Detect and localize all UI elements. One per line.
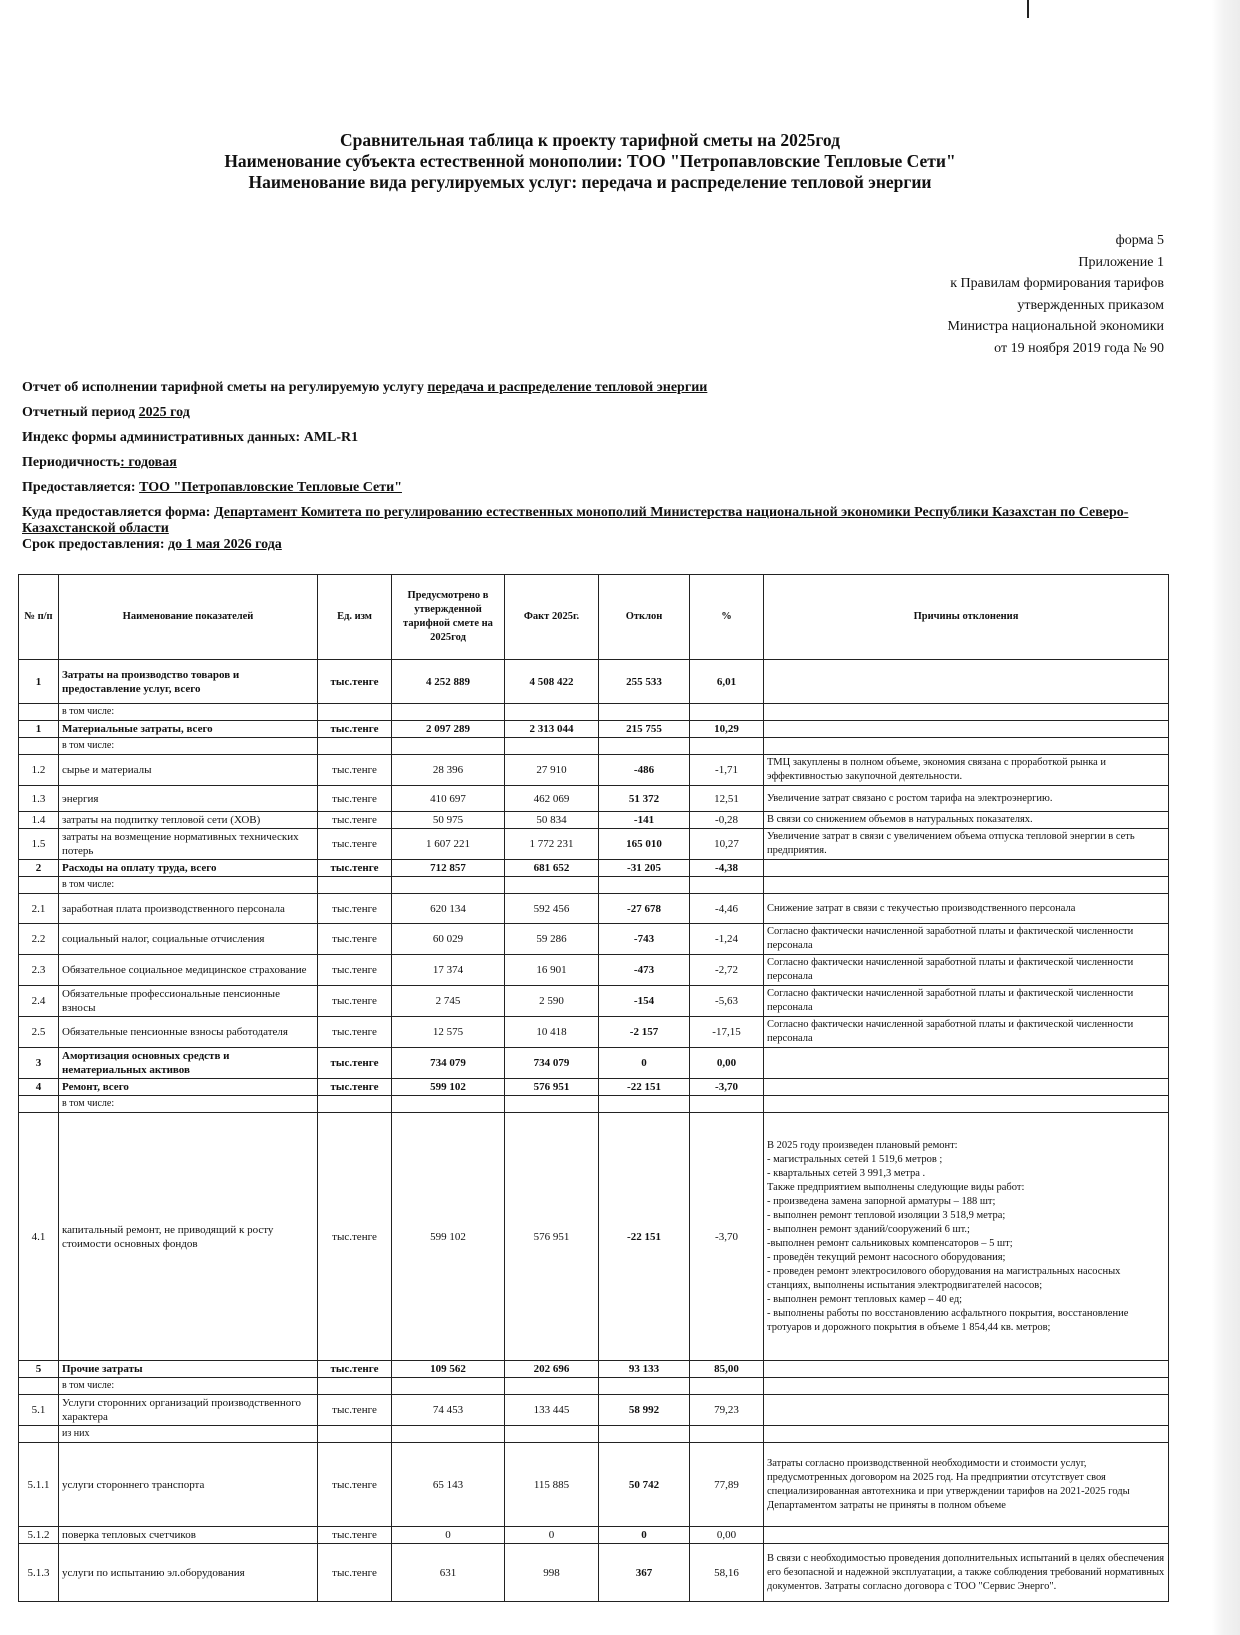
table-row: 5.1Услуги сторонних организаций производ… [19, 1395, 1169, 1426]
cell-planned [392, 1378, 505, 1395]
cell-reason: Согласно фактически начисленной заработн… [764, 1017, 1169, 1048]
cell-percent: 85,00 [690, 1361, 764, 1378]
cell-deviation: 50 742 [599, 1443, 690, 1527]
cell-unit: тыс.тенге [318, 829, 392, 860]
cell-fact [505, 704, 599, 721]
cell-no [19, 1096, 59, 1113]
cell-fact [505, 877, 599, 894]
cell-deviation [599, 704, 690, 721]
cell-name: Расходы на оплату труда, всего [59, 860, 318, 877]
cell-name: Амортизация основных средств и нематериа… [59, 1048, 318, 1079]
col-header-fact: Факт 2025г. [505, 575, 599, 660]
cell-unit: тыс.тенге [318, 1079, 392, 1096]
cell-reason [764, 1361, 1169, 1378]
deadline-value: до 1 мая 2026 года [168, 537, 282, 552]
cell-name: затраты на возмещение нормативных технич… [59, 829, 318, 860]
cell-deviation: 0 [599, 1048, 690, 1079]
cell-name: Ремонт, всего [59, 1079, 318, 1096]
cell-no: 2.1 [19, 894, 59, 924]
col-header-name: Наименование показателей [59, 575, 318, 660]
table-row: 2Расходы на оплату труда, всеготыс.тенге… [19, 860, 1169, 877]
cell-reason: Снижение затрат в связи с текучестью про… [764, 894, 1169, 924]
cell-percent: 6,01 [690, 660, 764, 704]
cell-percent: -4,38 [690, 860, 764, 877]
cell-unit: тыс.тенге [318, 1361, 392, 1378]
cell-fact: 27 910 [505, 755, 599, 786]
cell-deviation: 165 010 [599, 829, 690, 860]
cell-planned: 4 252 889 [392, 660, 505, 704]
cell-percent: -2,72 [690, 955, 764, 986]
tariff-comparison-table: № п/п Наименование показателей Ед. изм П… [18, 574, 1169, 1602]
cell-fact: 133 445 [505, 1395, 599, 1426]
table-subheader-row: в том числе: [19, 1378, 1169, 1395]
form-index-line: Индекс формы административных данных: AM… [22, 430, 1132, 446]
cell-name: в том числе: [59, 704, 318, 721]
cell-name: затраты на подпитку тепловой сети (ХОВ) [59, 812, 318, 829]
cell-deviation: 367 [599, 1544, 690, 1602]
table-row: 2.3Обязательное социальное медицинское с… [19, 955, 1169, 986]
cell-deviation: -473 [599, 955, 690, 986]
cell-reason [764, 738, 1169, 755]
report-period-line: Отчетный период 2025 год [22, 405, 1132, 421]
appendix-number: Приложение 1 [948, 252, 1165, 274]
cell-no [19, 877, 59, 894]
table-row: 1Материальные затраты, всеготыс.тенге2 0… [19, 721, 1169, 738]
cell-reason [764, 1395, 1169, 1426]
cell-no [19, 738, 59, 755]
deadline-line: Срок предоставления: до 1 мая 2026 года [22, 537, 1132, 553]
cell-name: сырье и материалы [59, 755, 318, 786]
cell-name: Услуги сторонних организаций производств… [59, 1395, 318, 1426]
cell-fact: 4 508 422 [505, 660, 599, 704]
form-reference: форма 5 Приложение 1 к Правилам формиров… [948, 230, 1165, 359]
cell-fact [505, 1378, 599, 1395]
cell-planned: 12 575 [392, 1017, 505, 1048]
cell-reason [764, 860, 1169, 877]
table-subheader-row: в том числе: [19, 877, 1169, 894]
cell-unit: тыс.тенге [318, 955, 392, 986]
cell-reason [764, 721, 1169, 738]
cell-deviation: -2 157 [599, 1017, 690, 1048]
cell-no: 2.5 [19, 1017, 59, 1048]
cell-deviation [599, 877, 690, 894]
cell-unit: тыс.тенге [318, 755, 392, 786]
cell-fact: 2 313 044 [505, 721, 599, 738]
cell-percent [690, 1378, 764, 1395]
cell-name: услуги по испытанию эл.оборудования [59, 1544, 318, 1602]
cell-planned: 410 697 [392, 786, 505, 812]
cell-fact [505, 1096, 599, 1113]
cell-name: Затраты на производство товаров и предос… [59, 660, 318, 704]
cell-no: 2.2 [19, 924, 59, 955]
cell-unit: тыс.тенге [318, 812, 392, 829]
cell-name: капитальный ремонт, не приводящий к рост… [59, 1113, 318, 1361]
cell-fact: 0 [505, 1527, 599, 1544]
table-row: 3Амортизация основных средств и нематери… [19, 1048, 1169, 1079]
cell-name: заработная плата производственного персо… [59, 894, 318, 924]
cell-deviation: -22 151 [599, 1113, 690, 1361]
cell-no: 5.1 [19, 1395, 59, 1426]
col-header-deviation: Отклон [599, 575, 690, 660]
cell-percent: 0,00 [690, 1048, 764, 1079]
cell-deviation: -31 205 [599, 860, 690, 877]
cell-planned [392, 738, 505, 755]
form-number: форма 5 [948, 230, 1165, 252]
provider-line: Предоставляется: ТОО "Петропавловские Те… [22, 480, 1132, 496]
cell-unit: тыс.тенге [318, 1544, 392, 1602]
cell-reason [764, 1096, 1169, 1113]
cell-no: 1.5 [19, 829, 59, 860]
cell-fact: 576 951 [505, 1079, 599, 1096]
table-subheader-row: из них [19, 1426, 1169, 1443]
cell-reason: Увеличение затрат в связи с увеличением … [764, 829, 1169, 860]
cell-no: 1.4 [19, 812, 59, 829]
cell-percent [690, 704, 764, 721]
report-metadata: Отчет об исполнении тарифной сметы на ре… [22, 380, 1132, 562]
cell-name: энергия [59, 786, 318, 812]
scan-artifact-line [1027, 0, 1029, 18]
order-date: от 19 ноября 2019 года № 90 [948, 338, 1165, 360]
cell-percent [690, 738, 764, 755]
cell-planned: 65 143 [392, 1443, 505, 1527]
cell-unit [318, 877, 392, 894]
table-row: 2.5Обязательные пенсионные взносы работо… [19, 1017, 1169, 1048]
cell-deviation [599, 1426, 690, 1443]
cell-unit [318, 1426, 392, 1443]
cell-deviation: -743 [599, 924, 690, 955]
cell-no: 2.4 [19, 986, 59, 1017]
cell-unit [318, 1378, 392, 1395]
cell-unit: тыс.тенге [318, 660, 392, 704]
cell-deviation: 255 533 [599, 660, 690, 704]
cell-planned: 109 562 [392, 1361, 505, 1378]
table-row: 5.1.1услуги стороннего транспортатыс.тен… [19, 1443, 1169, 1527]
cell-fact [505, 1426, 599, 1443]
cell-no: 1.3 [19, 786, 59, 812]
table-row: 4.1капитальный ремонт, не приводящий к р… [19, 1113, 1169, 1361]
cell-percent: 12,51 [690, 786, 764, 812]
cell-planned [392, 1426, 505, 1443]
cell-reason [764, 1079, 1169, 1096]
table-subheader-row: в том числе: [19, 1096, 1169, 1113]
cell-name: в том числе: [59, 738, 318, 755]
cell-unit: тыс.тенге [318, 1113, 392, 1361]
cell-name: поверка тепловых счетчиков [59, 1527, 318, 1544]
rules-reference: к Правилам формирования тарифов [948, 273, 1165, 295]
cell-planned: 620 134 [392, 894, 505, 924]
ministry-reference: Министра национальной экономики [948, 316, 1165, 338]
table-row: 1.2сырье и материалытыс.тенге28 39627 91… [19, 755, 1169, 786]
cell-deviation: -22 151 [599, 1079, 690, 1096]
cell-unit: тыс.тенге [318, 1443, 392, 1527]
cell-name: в том числе: [59, 1096, 318, 1113]
cell-name: в том числе: [59, 877, 318, 894]
table-row: 2.4Обязательные профессиональные пенсион… [19, 986, 1169, 1017]
table-row: 1.5затраты на возмещение нормативных тех… [19, 829, 1169, 860]
cell-deviation: -141 [599, 812, 690, 829]
cell-name: Обязательное социальное медицинское стра… [59, 955, 318, 986]
cell-no: 5.1.3 [19, 1544, 59, 1602]
cell-no [19, 704, 59, 721]
report-service-line: Отчет об исполнении тарифной сметы на ре… [22, 380, 1132, 396]
report-period: 2025 год [139, 405, 190, 420]
table-row: 2.2социальный налог, социальные отчислен… [19, 924, 1169, 955]
cell-reason: В 2025 году произведен плановый ремонт: … [764, 1113, 1169, 1361]
cell-deviation [599, 1096, 690, 1113]
document-title: Сравнительная таблица к проекту тарифной… [0, 130, 1180, 193]
cell-no: 1.2 [19, 755, 59, 786]
col-header-reason: Причины отклонения [764, 575, 1169, 660]
cell-reason: Согласно фактически начисленной заработн… [764, 986, 1169, 1017]
cell-fact: 1 772 231 [505, 829, 599, 860]
cell-planned: 712 857 [392, 860, 505, 877]
cell-unit [318, 704, 392, 721]
cell-deviation: -154 [599, 986, 690, 1017]
service-name: передача и распределение тепловой энерги… [427, 380, 707, 395]
cell-unit: тыс.тенге [318, 1017, 392, 1048]
cell-unit [318, 1096, 392, 1113]
cell-planned [392, 704, 505, 721]
cell-no: 1 [19, 660, 59, 704]
title-line-1: Сравнительная таблица к проекту тарифной… [0, 130, 1180, 151]
title-line-3: Наименование вида регулируемых услуг: пе… [0, 172, 1180, 193]
cell-percent: 0,00 [690, 1527, 764, 1544]
cell-fact: 462 069 [505, 786, 599, 812]
cell-fact: 16 901 [505, 955, 599, 986]
table-header-row: № п/п Наименование показателей Ед. изм П… [19, 575, 1169, 660]
cell-fact: 681 652 [505, 860, 599, 877]
cell-deviation: 51 372 [599, 786, 690, 812]
cell-unit: тыс.тенге [318, 721, 392, 738]
cell-reason [764, 1378, 1169, 1395]
cell-fact: 115 885 [505, 1443, 599, 1527]
cell-percent: 58,16 [690, 1544, 764, 1602]
cell-planned: 2 745 [392, 986, 505, 1017]
cell-reason: Увеличение затрат связано с ростом тариф… [764, 786, 1169, 812]
cell-unit: тыс.тенге [318, 986, 392, 1017]
table-row: 5Прочие затратытыс.тенге109 562202 69693… [19, 1361, 1169, 1378]
col-header-no: № п/п [19, 575, 59, 660]
cell-planned: 599 102 [392, 1079, 505, 1096]
cell-planned: 50 975 [392, 812, 505, 829]
cell-no: 1 [19, 721, 59, 738]
cell-name: Материальные затраты, всего [59, 721, 318, 738]
frequency-value: : годовая [120, 455, 177, 470]
cell-reason [764, 877, 1169, 894]
cell-percent: -5,63 [690, 986, 764, 1017]
cell-reason: В связи с необходимостью проведения допо… [764, 1544, 1169, 1602]
cell-deviation: 58 992 [599, 1395, 690, 1426]
cell-unit: тыс.тенге [318, 786, 392, 812]
cell-fact: 734 079 [505, 1048, 599, 1079]
cell-name: Обязательные профессиональные пенсионные… [59, 986, 318, 1017]
cell-no: 4 [19, 1079, 59, 1096]
table-row: 5.1.2поверка тепловых счетчиковтыс.тенге… [19, 1527, 1169, 1544]
cell-percent: 10,27 [690, 829, 764, 860]
page-edge-shadow [1212, 0, 1240, 1635]
table-subheader-row: в том числе: [19, 738, 1169, 755]
cell-deviation: -486 [599, 755, 690, 786]
cell-percent: -17,15 [690, 1017, 764, 1048]
cell-name: из них [59, 1426, 318, 1443]
cell-planned: 74 453 [392, 1395, 505, 1426]
cell-planned: 734 079 [392, 1048, 505, 1079]
cell-no [19, 1426, 59, 1443]
cell-no: 2 [19, 860, 59, 877]
cell-planned: 60 029 [392, 924, 505, 955]
cell-no: 5.1.1 [19, 1443, 59, 1527]
table-row: 5.1.3услуги по испытанию эл.оборудования… [19, 1544, 1169, 1602]
title-line-2: Наименование субъекта естественной моноп… [0, 151, 1180, 172]
cell-percent: -0,28 [690, 812, 764, 829]
cell-percent [690, 1426, 764, 1443]
frequency-line: Периодичность: годовая [22, 455, 1132, 471]
cell-deviation [599, 738, 690, 755]
cell-percent: -1,71 [690, 755, 764, 786]
cell-percent [690, 1096, 764, 1113]
cell-reason [764, 660, 1169, 704]
cell-percent: -3,70 [690, 1113, 764, 1361]
cell-planned: 0 [392, 1527, 505, 1544]
cell-fact: 592 456 [505, 894, 599, 924]
cell-deviation [599, 1378, 690, 1395]
cell-name: в том числе: [59, 1378, 318, 1395]
cell-reason: ТМЦ закуплены в полном объеме, экономия … [764, 755, 1169, 786]
cell-percent: 79,23 [690, 1395, 764, 1426]
cell-no: 2.3 [19, 955, 59, 986]
cell-deviation: 215 755 [599, 721, 690, 738]
cell-reason [764, 1527, 1169, 1544]
table-body: 1Затраты на производство товаров и предо… [19, 660, 1169, 1602]
provider-name: ТОО "Петропавловские Тепловые Сети" [139, 480, 402, 495]
cell-planned [392, 1096, 505, 1113]
cell-planned: 631 [392, 1544, 505, 1602]
cell-no: 3 [19, 1048, 59, 1079]
cell-no: 5.1.2 [19, 1527, 59, 1544]
table-row: 4Ремонт, всеготыс.тенге599 102576 951-22… [19, 1079, 1169, 1096]
cell-fact: 998 [505, 1544, 599, 1602]
cell-name: услуги стороннего транспорта [59, 1443, 318, 1527]
approval-reference: утвержденных приказом [948, 295, 1165, 317]
cell-no: 4.1 [19, 1113, 59, 1361]
table-subheader-row: в том числе: [19, 704, 1169, 721]
cell-planned: 17 374 [392, 955, 505, 986]
cell-reason: В связи со снижением объемов в натуральн… [764, 812, 1169, 829]
cell-reason [764, 1426, 1169, 1443]
table-row: 2.1заработная плата производственного пе… [19, 894, 1169, 924]
cell-reason [764, 704, 1169, 721]
cell-fact: 59 286 [505, 924, 599, 955]
table-row: 1.4затраты на подпитку тепловой сети (ХО… [19, 812, 1169, 829]
cell-planned: 2 097 289 [392, 721, 505, 738]
cell-percent: -1,24 [690, 924, 764, 955]
cell-unit: тыс.тенге [318, 1527, 392, 1544]
table-row: 1Затраты на производство товаров и предо… [19, 660, 1169, 704]
col-header-unit: Ед. изм [318, 575, 392, 660]
cell-planned: 599 102 [392, 1113, 505, 1361]
cell-name: Прочие затраты [59, 1361, 318, 1378]
col-header-planned: Предусмотрено в утвержденной тарифной см… [392, 575, 505, 660]
cell-unit: тыс.тенге [318, 924, 392, 955]
cell-no: 5 [19, 1361, 59, 1378]
cell-unit: тыс.тенге [318, 1395, 392, 1426]
cell-unit [318, 738, 392, 755]
cell-name: социальный налог, социальные отчисления [59, 924, 318, 955]
cell-deviation: 0 [599, 1527, 690, 1544]
cell-deviation: -27 678 [599, 894, 690, 924]
cell-percent: -4,46 [690, 894, 764, 924]
cell-percent [690, 877, 764, 894]
cell-deviation: 93 133 [599, 1361, 690, 1378]
table-row: 1.3энергиятыс.тенге410 697462 06951 3721… [19, 786, 1169, 812]
cell-percent: 10,29 [690, 721, 764, 738]
cell-name: Обязательные пенсионные взносы работодат… [59, 1017, 318, 1048]
cell-fact: 202 696 [505, 1361, 599, 1378]
cell-reason: Согласно фактически начисленной заработн… [764, 955, 1169, 986]
cell-percent: -3,70 [690, 1079, 764, 1096]
cell-fact: 576 951 [505, 1113, 599, 1361]
cell-unit: тыс.тенге [318, 1048, 392, 1079]
cell-fact [505, 738, 599, 755]
recipient-line: Куда предоставляется форма: Департамент … [22, 505, 1132, 537]
cell-reason: Затраты согласно производственной необхо… [764, 1443, 1169, 1527]
cell-no [19, 1378, 59, 1395]
cell-planned: 28 396 [392, 755, 505, 786]
cell-planned [392, 877, 505, 894]
cell-fact: 50 834 [505, 812, 599, 829]
cell-planned: 1 607 221 [392, 829, 505, 860]
col-header-percent: % [690, 575, 764, 660]
cell-unit: тыс.тенге [318, 894, 392, 924]
cell-reason [764, 1048, 1169, 1079]
cell-fact: 2 590 [505, 986, 599, 1017]
cell-percent: 77,89 [690, 1443, 764, 1527]
cell-unit: тыс.тенге [318, 860, 392, 877]
cell-reason: Согласно фактически начисленной заработн… [764, 924, 1169, 955]
cell-fact: 10 418 [505, 1017, 599, 1048]
